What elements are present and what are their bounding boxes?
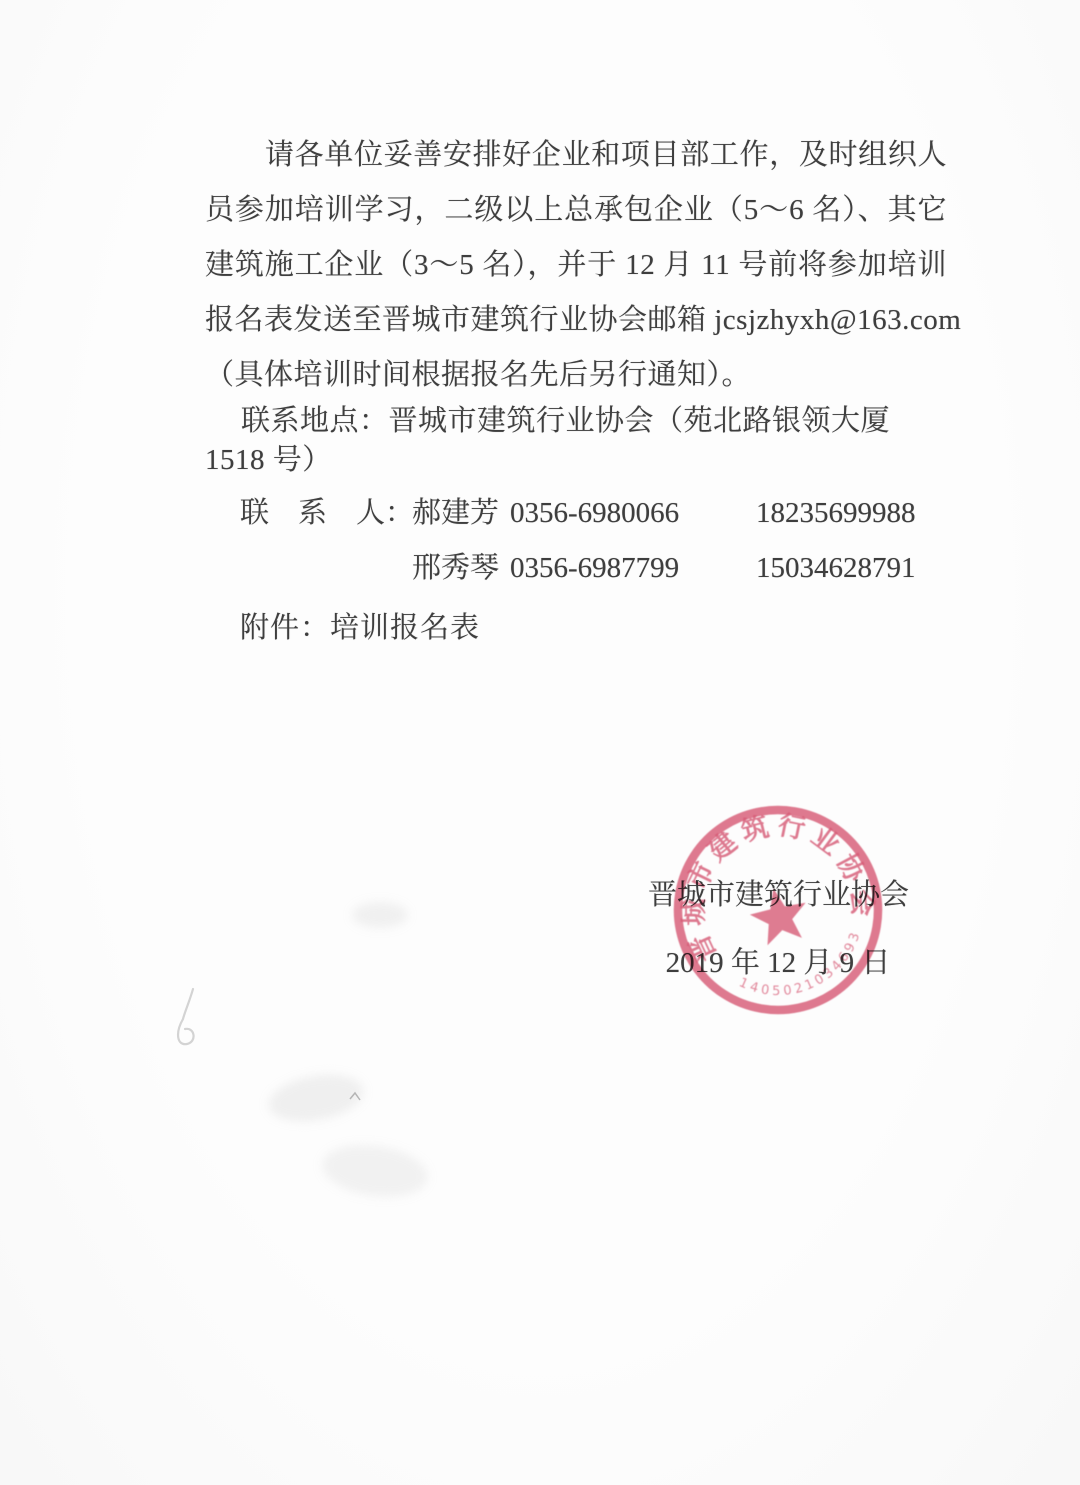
contact-mobile: 15034628791 xyxy=(756,551,916,585)
pen-mark xyxy=(165,983,219,1057)
contact-mobile: 18235699988 xyxy=(756,496,916,530)
contact-phone: 0356-6987799 xyxy=(510,551,700,585)
scanned-document-page: 请各单位妥善安排好企业和项目部工作，及时组织人 员参加培训学习，二级以上总承包企… xyxy=(0,0,1080,1485)
seal-star-icon xyxy=(746,883,813,948)
paragraph-line: 请各单位妥善安排好企业和项目部工作，及时组织人 xyxy=(205,128,947,183)
svg-text:1405021034693: 1405021034693 xyxy=(729,925,874,1009)
address-line: 联系地点：晋城市建筑行业协会（苑北路银领大厦 xyxy=(205,402,965,441)
scan-smudge xyxy=(319,1139,431,1203)
paragraph-line: 建筑施工企业（3～5 名），并于 12 月 11 号前将参加培训 xyxy=(205,238,947,293)
official-seal: 晋城市建筑行业协会 1405021034693 xyxy=(646,778,910,1042)
contact-name: 邢秀琴 xyxy=(412,551,504,585)
seal-serial: 1405021034693 xyxy=(729,925,874,1009)
paragraph-line: 员参加培训学习，二级以上总承包企业（5～6 名）、其它 xyxy=(205,183,947,238)
attachment-line: 附件：培训报名表 xyxy=(240,605,480,646)
scan-smudge xyxy=(352,902,408,928)
contact-person-row: 邢秀琴 0356-6987799 15034628791 xyxy=(240,551,960,585)
contact-person-row: 联 系 人： 郝建芳 0356-6980066 18235699988 xyxy=(240,496,960,530)
contact-address: 联系地点：晋城市建筑行业协会（苑北路银领大厦 1518 号） xyxy=(205,402,965,480)
paragraph-line: （具体培训时间根据报名先后另行通知）。 xyxy=(205,348,947,403)
contact-phone: 0356-6980066 xyxy=(510,496,700,530)
body-paragraph: 请各单位妥善安排好企业和项目部工作，及时组织人 员参加培训学习，二级以上总承包企… xyxy=(205,128,947,403)
contact-name: 郝建芳 xyxy=(412,496,504,530)
contact-label: 联 系 人： xyxy=(240,496,412,530)
address-line: 1518 号） xyxy=(205,441,965,480)
paragraph-line: 报名表发送至晋城市建筑行业协会邮箱 jcsjzhyxh@163.com xyxy=(205,293,947,348)
speck-mark xyxy=(348,1090,364,1104)
